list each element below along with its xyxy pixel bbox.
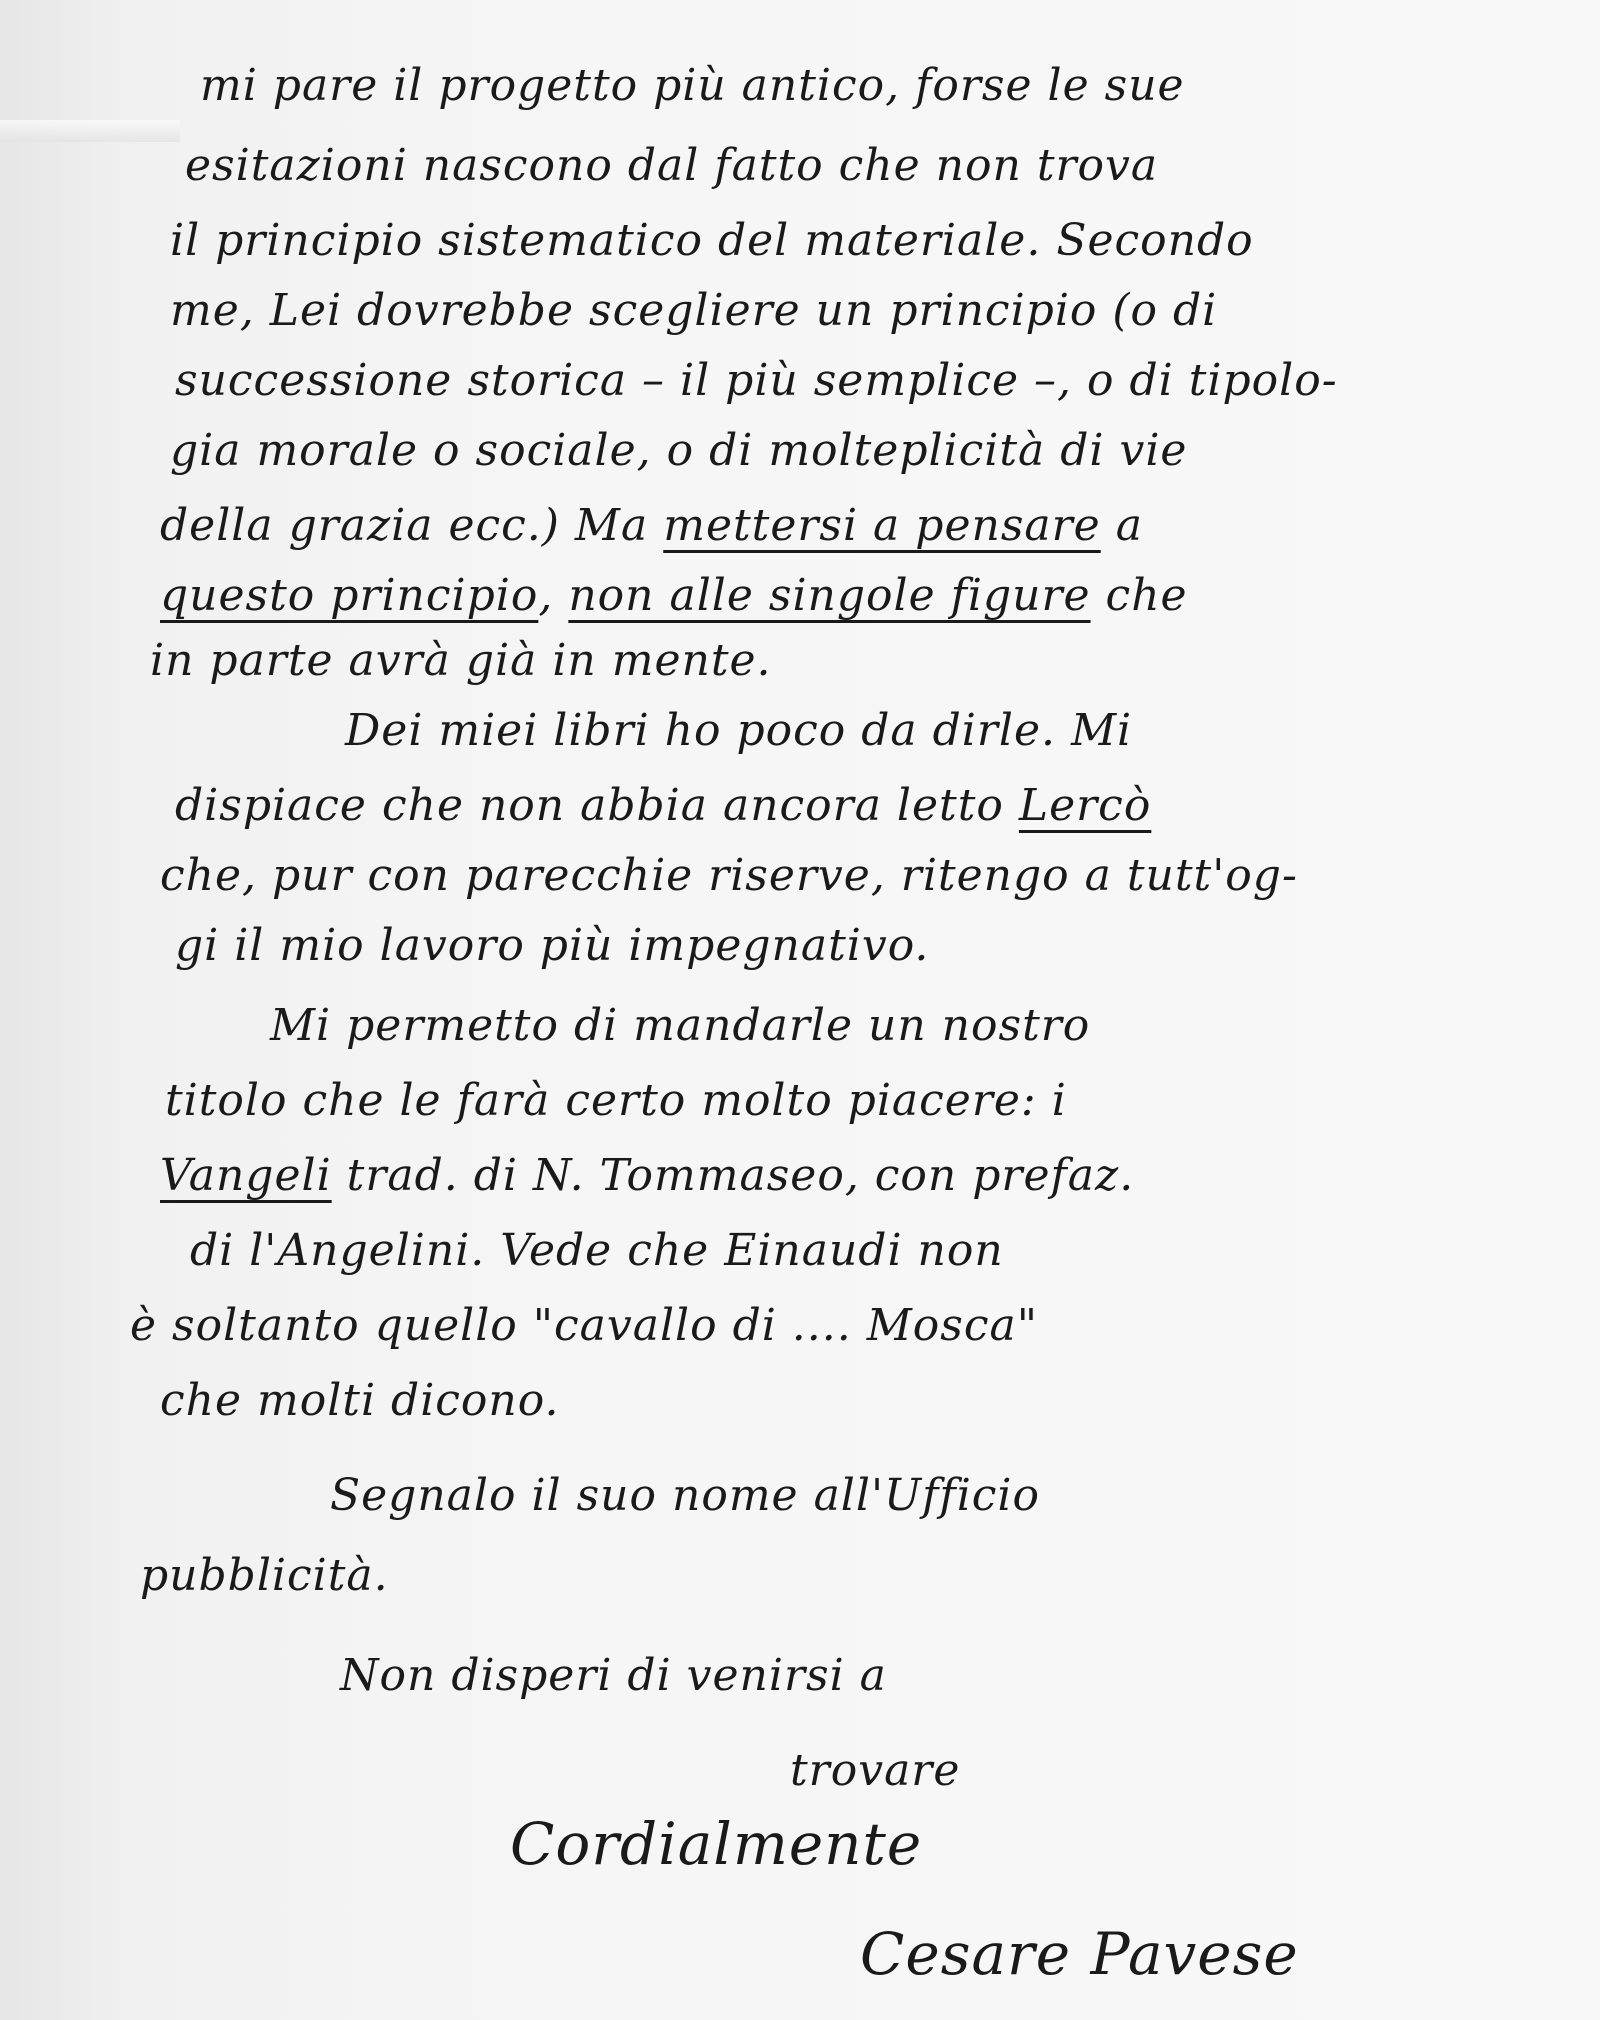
letter-line: questo principio, non alle singole figur… bbox=[160, 570, 1188, 621]
line-text: il principio sistematico del materiale. … bbox=[170, 215, 1254, 266]
letter-line: Mi permetto di mandarle un nostro bbox=[270, 1000, 1090, 1051]
paper-fold-shadow bbox=[0, 120, 180, 142]
letter-line: trovare bbox=[790, 1745, 960, 1796]
line-text: successione storica – il più semplice –,… bbox=[175, 355, 1338, 406]
line-text: Segnalo il suo nome all'Ufficio bbox=[330, 1470, 1040, 1521]
line-text: gia morale o sociale, o di molteplicità … bbox=[170, 425, 1187, 476]
letter-line: di l'Angelini. Vede che Einaudi non bbox=[190, 1225, 1004, 1276]
line-text: esitazioni nascono dal fatto che non tro… bbox=[185, 140, 1158, 191]
line-text: della grazia ecc.) Ma bbox=[160, 500, 663, 551]
letter-line: gi il mio lavoro più impegnativo. bbox=[175, 920, 929, 971]
line-text: è soltanto quello "cavallo di .... Mosca… bbox=[130, 1300, 1038, 1351]
line-text: titolo che le farà certo molto piacere: … bbox=[165, 1075, 1067, 1126]
line-text: me, Lei dovrebbe scegliere un principio … bbox=[170, 285, 1217, 336]
underlined-phrase: non alle singole figure bbox=[568, 570, 1090, 621]
letter-line: è soltanto quello "cavallo di .... Mosca… bbox=[130, 1300, 1038, 1351]
underlined-title: Lercò bbox=[1019, 780, 1151, 831]
line-text: , bbox=[538, 570, 568, 621]
letter-line: gia morale o sociale, o di molteplicità … bbox=[170, 425, 1187, 476]
line-text: in parte avrà già in mente. bbox=[150, 635, 772, 686]
line-text: che bbox=[1091, 570, 1188, 621]
letter-line: della grazia ecc.) Ma mettersi a pensare… bbox=[160, 500, 1143, 551]
letter-line: Vangeli trad. di N. Tommaseo, con prefaz… bbox=[160, 1150, 1134, 1201]
line-text: dispiace che non abbia ancora letto bbox=[175, 780, 1019, 831]
letter-line: il principio sistematico del materiale. … bbox=[170, 215, 1254, 266]
line-text: Cordialmente bbox=[510, 1810, 922, 1878]
letter-line: successione storica – il più semplice –,… bbox=[175, 355, 1338, 406]
letter-line: titolo che le farà certo molto piacere: … bbox=[165, 1075, 1067, 1126]
signature-text: Cesare Pavese bbox=[860, 1920, 1299, 1988]
line-text: che molti dicono. bbox=[160, 1375, 559, 1426]
letter-line: Segnalo il suo nome all'Ufficio bbox=[330, 1470, 1040, 1521]
letter-line: che molti dicono. bbox=[160, 1375, 559, 1426]
letter-line: esitazioni nascono dal fatto che non tro… bbox=[185, 140, 1158, 191]
underlined-phrase: questo principio bbox=[160, 570, 538, 621]
line-text: trovare bbox=[790, 1745, 960, 1796]
line-text: Non disperi di venirsi a bbox=[340, 1650, 887, 1701]
line-text: che, pur con parecchie riserve, ritengo … bbox=[160, 850, 1298, 901]
letter-line: dispiace che non abbia ancora letto Lerc… bbox=[175, 780, 1151, 831]
letter-line: mi pare il progetto più antico, forse le… bbox=[200, 60, 1185, 111]
letter-line: me, Lei dovrebbe scegliere un principio … bbox=[170, 285, 1217, 336]
line-text: mi pare il progetto più antico, forse le… bbox=[200, 60, 1185, 111]
line-text: gi il mio lavoro più impegnativo. bbox=[175, 920, 929, 971]
letter-line: che, pur con parecchie riserve, ritengo … bbox=[160, 850, 1298, 901]
line-text: Dei miei libri ho poco da dirle. Mi bbox=[345, 705, 1132, 756]
line-text: di l'Angelini. Vede che Einaudi non bbox=[190, 1225, 1004, 1276]
letter-line: pubblicità. bbox=[140, 1550, 389, 1601]
letter-line: Dei miei libri ho poco da dirle. Mi bbox=[345, 705, 1132, 756]
line-text: trad. di N. Tommaseo, con prefaz. bbox=[332, 1150, 1135, 1201]
letter-line: in parte avrà già in mente. bbox=[150, 635, 772, 686]
letter-page: mi pare il progetto più antico, forse le… bbox=[0, 0, 1600, 2020]
underlined-title: Vangeli bbox=[160, 1150, 332, 1201]
closing-salutation: Cordialmente bbox=[510, 1810, 922, 1878]
letter-line: Non disperi di venirsi a bbox=[340, 1650, 887, 1701]
line-text: a bbox=[1101, 500, 1143, 551]
signature: Cesare Pavese bbox=[860, 1920, 1299, 1988]
line-text: Mi permetto di mandarle un nostro bbox=[270, 1000, 1090, 1051]
line-text: pubblicità. bbox=[140, 1550, 389, 1601]
underlined-phrase: mettersi a pensare bbox=[663, 500, 1100, 551]
